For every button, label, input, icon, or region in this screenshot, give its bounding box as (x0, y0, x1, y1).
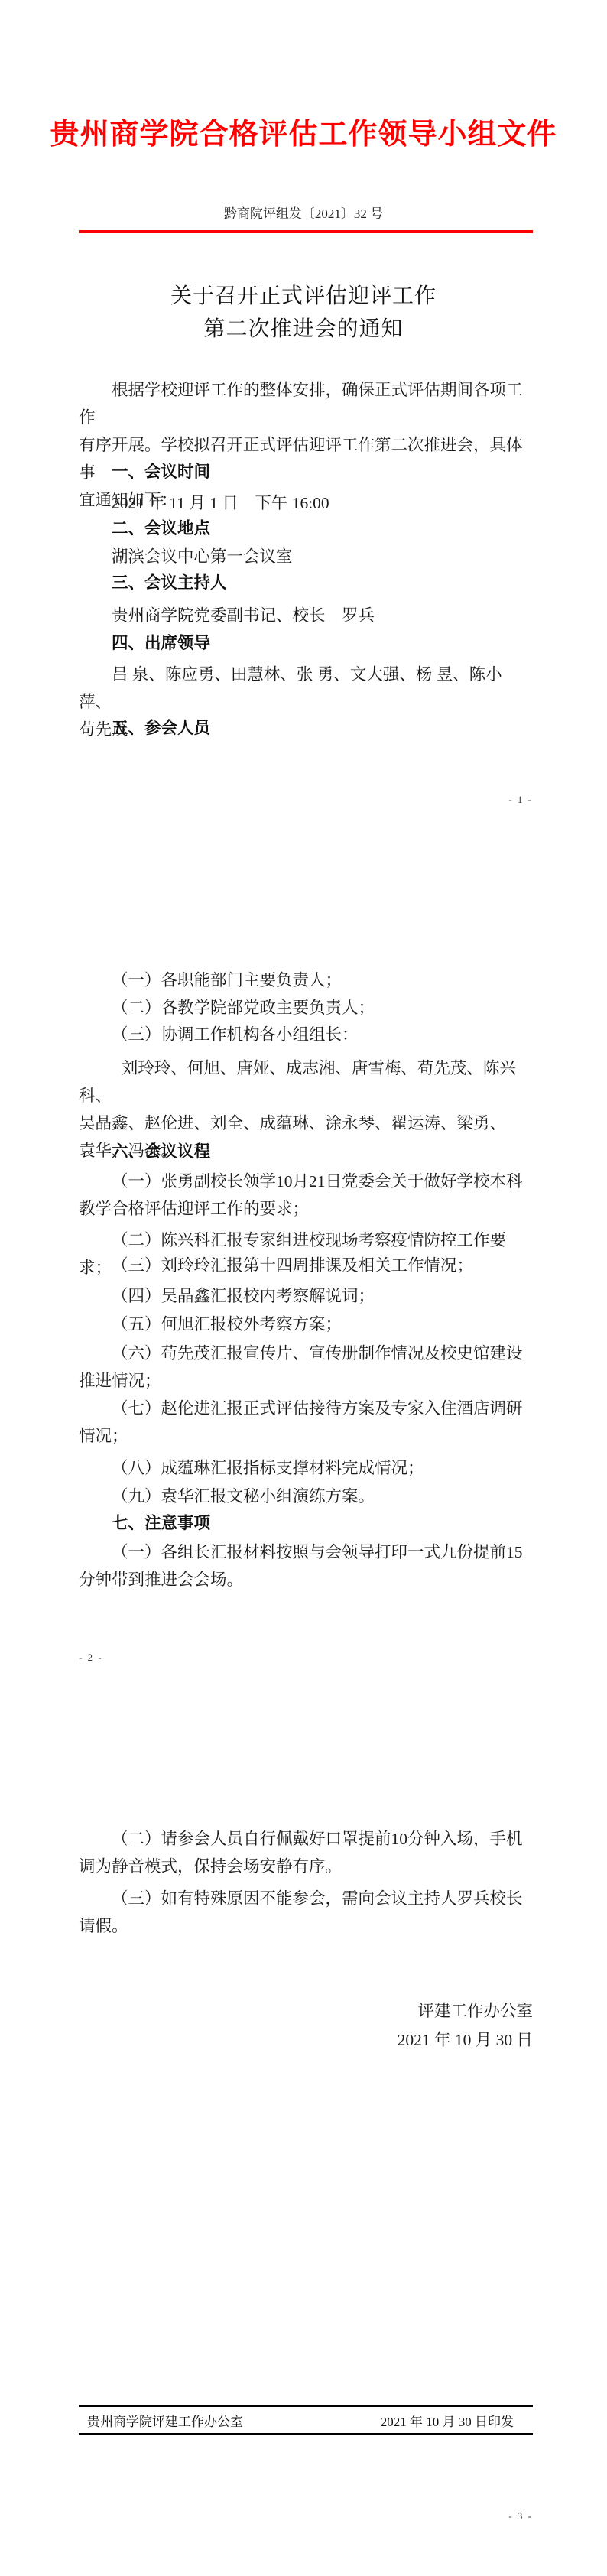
note-item: （一）各组长汇报材料按照与会领导打印一式九份提前15 分钟带到推进会会场。 (79, 1538, 533, 1593)
agenda-item: （八）成蕴琳汇报指标支撑材料完成情况； (79, 1454, 533, 1482)
participant-item: （二）各教学院部党政主要负责人； (79, 994, 533, 1022)
section-heading-agenda: 六、会议议程 (79, 1139, 533, 1166)
section-heading-attending-leaders: 四、出席领导 (79, 630, 533, 658)
section-heading-meeting-host: 三、会议主持人 (79, 570, 533, 597)
agenda-item: （四）吴晶鑫汇报校内考察解说词； (79, 1282, 533, 1310)
note-item: （三）如有特殊原因不能参会，需向会议主持人罗兵校长 请假。 (79, 1885, 533, 1940)
section-heading-participants: 五、参会人员 (79, 715, 533, 742)
agenda-item: （五）何旭汇报校外考察方案； (79, 1311, 533, 1338)
page-number-2: - 2 - (79, 1652, 533, 1664)
participant-item: （一）各职能部门主要负责人； (79, 966, 533, 994)
section-heading-meeting-place: 二、会议地点 (79, 515, 533, 543)
section-heading-meeting-time: 一、会议时间 (79, 459, 533, 486)
notice-title: 关于召开正式评估迎评工作 第二次推进会的通知 (0, 280, 607, 346)
signature-office: 评建工作办公室 (79, 1997, 533, 2025)
agenda-item: （一）张勇副校长领学10月21日党委会关于做好学校本科 教学合格评估迎评工作的要… (79, 1168, 533, 1223)
page-number-1: - 1 - (79, 794, 533, 806)
page-number-3: - 3 - (79, 2510, 533, 2522)
signature-date: 2021 年 10 月 30 日 (79, 2026, 533, 2054)
agenda-item: （三）刘玲玲汇报第十四周排课及相关工作情况； (79, 1252, 533, 1279)
notice-title-line2: 第二次推进会的通知 (0, 313, 607, 346)
print-footer-office: 贵州商学院评建工作办公室 (79, 2411, 243, 2430)
document-number: 黔商院评组发〔2021〕32 号 (0, 205, 607, 223)
red-divider-rule (79, 230, 533, 233)
meeting-place-value: 湖滨会议中心第一会议室 (79, 543, 533, 570)
participant-item: （三）协调工作机构各小组组长： (79, 1021, 533, 1048)
agenda-item: （七）赵伦进汇报正式评估接待方案及专家入住酒店调研 情况； (79, 1395, 533, 1450)
red-header-title: 贵州商学院合格评估工作领导小组文件 (0, 116, 607, 153)
meeting-time-value: 2021 年 11 月 1 日 下午 16:00 (79, 489, 533, 517)
agenda-item: （九）袁华汇报文秘小组演练方案。 (79, 1483, 533, 1510)
print-footer: 贵州商学院评建工作办公室 2021 年 10 月 30 日印发 (79, 2405, 533, 2435)
meeting-host-value: 贵州商学院党委副书记、校长 罗兵 (79, 602, 533, 629)
document-canvas: 贵州商学院合格评估工作领导小组文件 黔商院评组发〔2021〕32 号 关于召开正… (0, 0, 607, 2576)
section-heading-notes: 七、注意事项 (79, 1510, 533, 1538)
notice-title-line1: 关于召开正式评估迎评工作 (0, 280, 607, 313)
print-footer-date: 2021 年 10 月 30 日印发 (381, 2411, 533, 2430)
note-item: （二）请参会人员自行佩戴好口罩提前10分钟入场，手机 调为静音模式，保持会场安静… (79, 1825, 533, 1880)
agenda-item: （六）苟先茂汇报宣传片、宣传册制作情况及校史馆建设 推进情况； (79, 1340, 533, 1395)
